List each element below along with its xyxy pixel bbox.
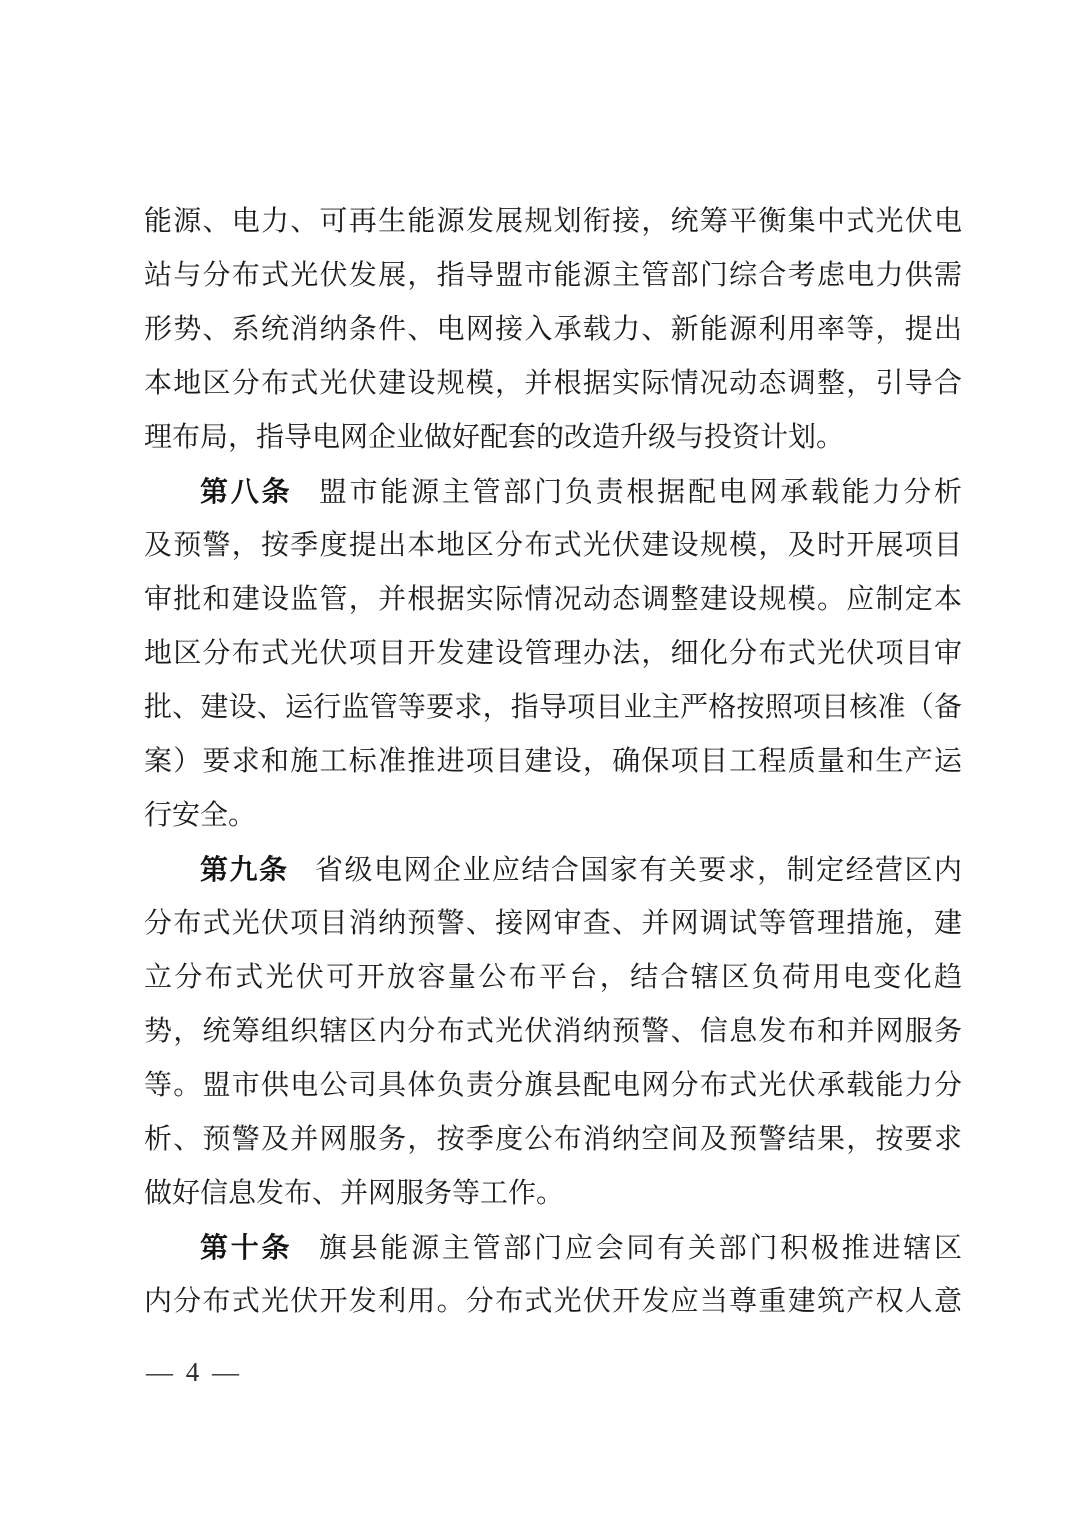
text-line-paragraph-end: 行安全。 — [144, 789, 962, 843]
text-line: 势，统筹组织辖区内分布式光伏消纳预警、信息发布和并网服务 — [144, 1005, 962, 1059]
document-body: 能源、电力、可再生能源发展规划衔接，统筹平衡集中式光伏电 站与分布式光伏发展，指… — [144, 195, 962, 1329]
text-line: 等。盟市供电公司具体负责分旗县配电网分布式光伏承载能力分 — [144, 1059, 962, 1113]
article-8-text: 盟市能源主管部门负责根据配电网承载能力分析 — [319, 477, 962, 508]
article-10-text: 旗县能源主管部门应会同有关部门积极推进辖区 — [319, 1233, 962, 1264]
article-8-heading-line: 第八条盟市能源主管部门负责根据配电网承载能力分析 — [144, 465, 962, 519]
text-line: 能源、电力、可再生能源发展规划衔接，统筹平衡集中式光伏电 — [144, 195, 962, 249]
article-9-text: 省级电网企业应结合国家有关要求，制定经营区内 — [315, 855, 962, 886]
article-9-heading-line: 第九条省级电网企业应结合国家有关要求，制定经营区内 — [144, 843, 962, 897]
article-10-number: 第十条 — [200, 1232, 292, 1263]
text-line: 站与分布式光伏发展，指导盟市能源主管部门综合考虑电力供需 — [144, 249, 962, 303]
text-line: 案）要求和施工标准推进项目建设，确保项目工程质量和生产运 — [144, 735, 962, 789]
text-line: 本地区分布式光伏建设规模，并根据实际情况动态调整，引导合 — [144, 357, 962, 411]
text-line: 及预警，按季度提出本地区分布式光伏建设规模，及时开展项目 — [144, 519, 962, 573]
text-line: 内分布式光伏开发利用。分布式光伏开发应当尊重建筑产权人意 — [144, 1275, 962, 1329]
text-line: 批、建设、运行监管等要求，指导项目业主严格按照项目核准（备 — [144, 681, 962, 735]
text-line: 形势、系统消纳条件、电网接入承载力、新能源利用率等，提出 — [144, 303, 962, 357]
text-line: 立分布式光伏可开放容量公布平台，结合辖区负荷用电变化趋 — [144, 951, 962, 1005]
text-line-paragraph-end: 理布局，指导电网企业做好配套的改造升级与投资计划。 — [144, 411, 962, 465]
article-8-number: 第八条 — [200, 476, 292, 507]
article-9-number: 第九条 — [200, 854, 288, 885]
page-number: — 4 — — [146, 1352, 242, 1392]
document-page: 能源、电力、可再生能源发展规划衔接，统筹平衡集中式光伏电 站与分布式光伏发展，指… — [0, 0, 1080, 1527]
text-line-paragraph-end: 做好信息发布、并网服务等工作。 — [144, 1167, 962, 1221]
text-line: 地区分布式光伏项目开发建设管理办法，细化分布式光伏项目审 — [144, 627, 962, 681]
text-line: 分布式光伏项目消纳预警、接网审查、并网调试等管理措施，建 — [144, 897, 962, 951]
article-10-heading-line: 第十条旗县能源主管部门应会同有关部门积极推进辖区 — [144, 1221, 962, 1275]
text-line: 审批和建设监管，并根据实际情况动态调整建设规模。应制定本 — [144, 573, 962, 627]
text-line: 析、预警及并网服务，按季度公布消纳空间及预警结果，按要求 — [144, 1113, 962, 1167]
